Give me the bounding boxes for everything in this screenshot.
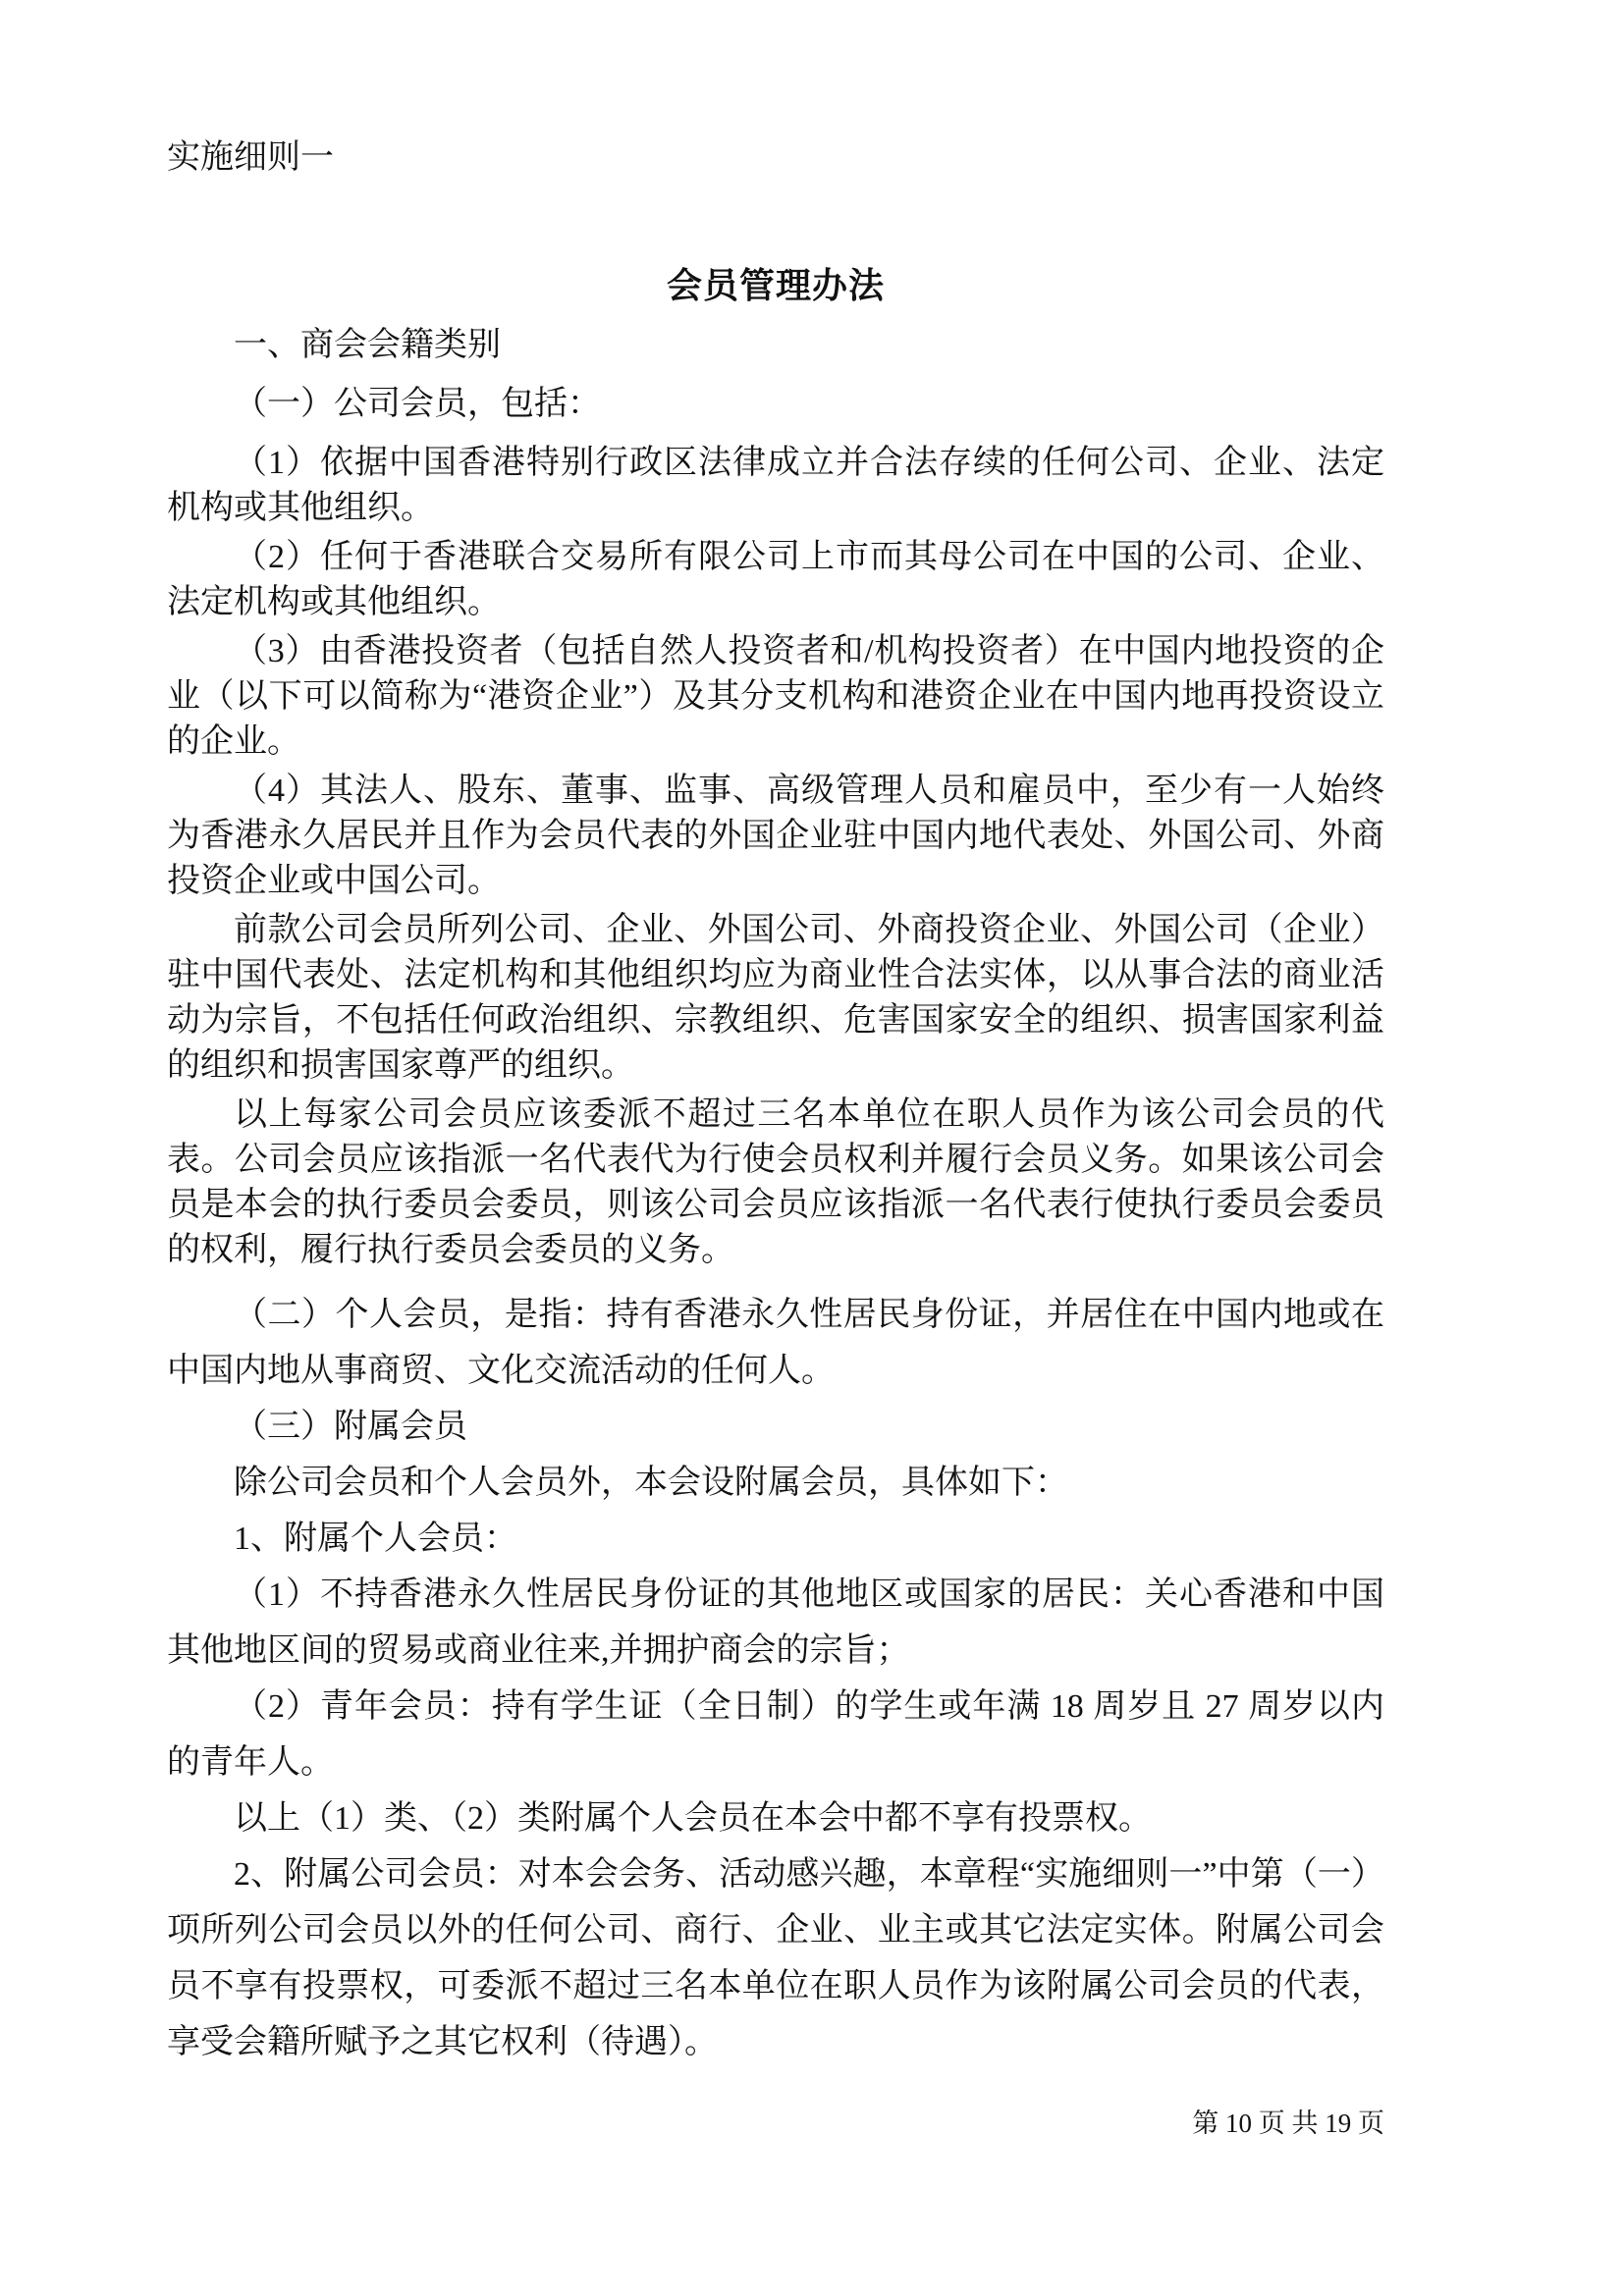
paragraph: 除公司会员和个人会员外，本会设附属会员，具体如下： bbox=[167, 1455, 1384, 1511]
paragraph: 1、附属个人会员： bbox=[167, 1511, 1384, 1567]
paragraph: 以上每家公司会员应该委派不超过三名本单位在职人员作为该公司会员的代表。公司会员应… bbox=[167, 1093, 1384, 1273]
paragraph: （1）不持香港永久性居民身份证的其他地区或国家的居民：关心香港和中国其他地区间的… bbox=[167, 1567, 1384, 1679]
paragraph: （二）个人会员，是指：持有香港永久性居民身份证，并居住在中国内地或在中国内地从事… bbox=[167, 1287, 1384, 1399]
paragraph: （三）附属会员 bbox=[167, 1399, 1384, 1455]
page-number-text: 第 10 页 共 19 页 bbox=[1192, 2109, 1384, 2138]
document-title: 会员管理办法 bbox=[167, 263, 1384, 308]
document-body: 一、商会会籍类别（一）公司会员，包括：（1）依据中国香港特别行政区法律成立并合法… bbox=[167, 323, 1384, 2070]
paragraph: （1）依据中国香港特别行政区法律成立并合法存续的任何公司、企业、法定机构或其他组… bbox=[167, 441, 1384, 531]
paragraph: 以上（1）类、（2）类附属个人会员在本会中都不享有投票权。 bbox=[167, 1790, 1384, 1846]
paragraph: （一）公司会员，包括： bbox=[167, 382, 1384, 427]
paragraph: （4）其法人、股东、董事、监事、高级管理人员和雇员中，至少有一人始终为香港永久居… bbox=[167, 769, 1384, 904]
document-page: 实施细则一 会员管理办法 一、商会会籍类别（一）公司会员，包括：（1）依据中国香… bbox=[0, 0, 1624, 2296]
section-label: 实施细则一 bbox=[167, 135, 1384, 181]
paragraph: 前款公司会员所列公司、企业、外国公司、外商投资企业、外国公司（企业）驻中国代表处… bbox=[167, 908, 1384, 1089]
paragraph: （3）由香港投资者（包括自然人投资者和/机构投资者）在中国内地投资的企业（以下可… bbox=[167, 629, 1384, 765]
paragraph: 一、商会会籍类别 bbox=[167, 323, 1384, 368]
paragraph: （2）任何于香港联合交易所有限公司上市而其母公司在中国的公司、企业、法定机构或其… bbox=[167, 535, 1384, 625]
paragraph: 2、附属公司会员：对本会会务、活动感兴趣，本章程“实施细则一”中第（一）项所列公… bbox=[167, 1846, 1384, 2070]
paragraph: （2）青年会员：持有学生证（全日制）的学生或年满 18 周岁且 27 周岁以内的… bbox=[167, 1679, 1384, 1790]
page-footer: 第 10 页 共 19 页 bbox=[1192, 2107, 1384, 2140]
